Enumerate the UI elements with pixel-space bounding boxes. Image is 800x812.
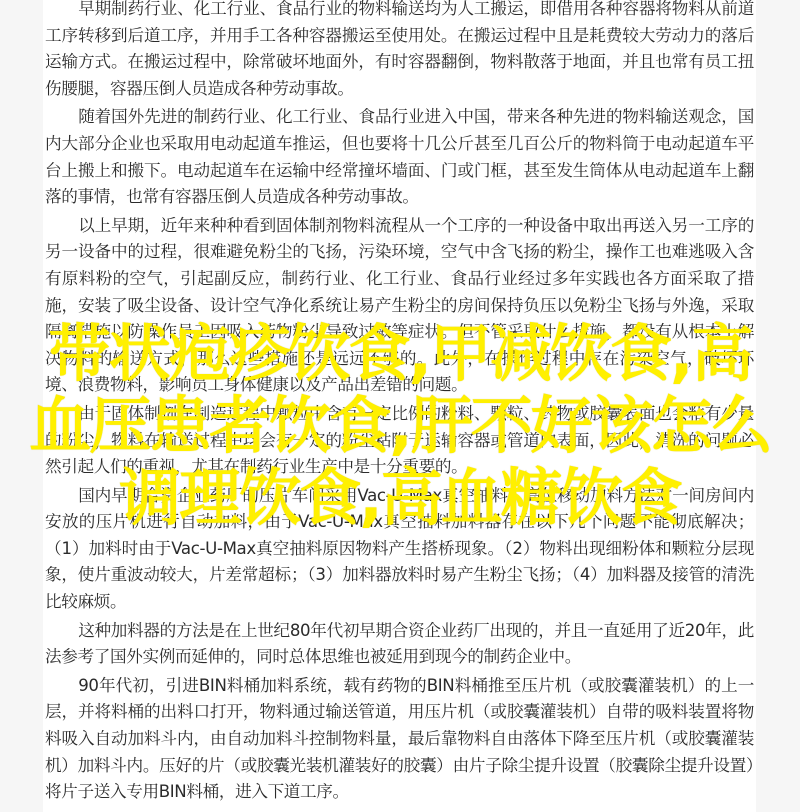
paragraph-manual-transport: 早期制药行业、化工行业、食品行业的物料输送均为人工搬运，即借用各种容器将物料从前…	[45, 0, 754, 102]
overlay-line-2: 血压患者饮食,肝不好该怎么	[0, 390, 800, 462]
watermark-title-overlay: 带状疱疹饮食,甲减饮食,高 血压患者饮食,肝不好该怎么 调理饮食,高血糖饮食	[0, 318, 800, 534]
paragraph-electric-cart: 随着国外先进的制药行业、化工行业、食品行业进入中国，带来各种先进的物料输送观念，…	[45, 104, 754, 210]
overlay-line-1: 带状疱疹饮食,甲减饮食,高	[0, 318, 800, 390]
paragraph-bin-system: 90年代初，引进BIN料桶加料系统，载有药物的BIN料桶推至压片机（或胶囊灌装机…	[45, 673, 754, 806]
paragraph-feeder-history: 这种加料器的方法是在上世纪80年代初早期合资企业药厂出现的，并且一直延用了近20…	[45, 618, 754, 671]
overlay-line-3: 调理饮食,高血糖饮食	[0, 462, 800, 534]
